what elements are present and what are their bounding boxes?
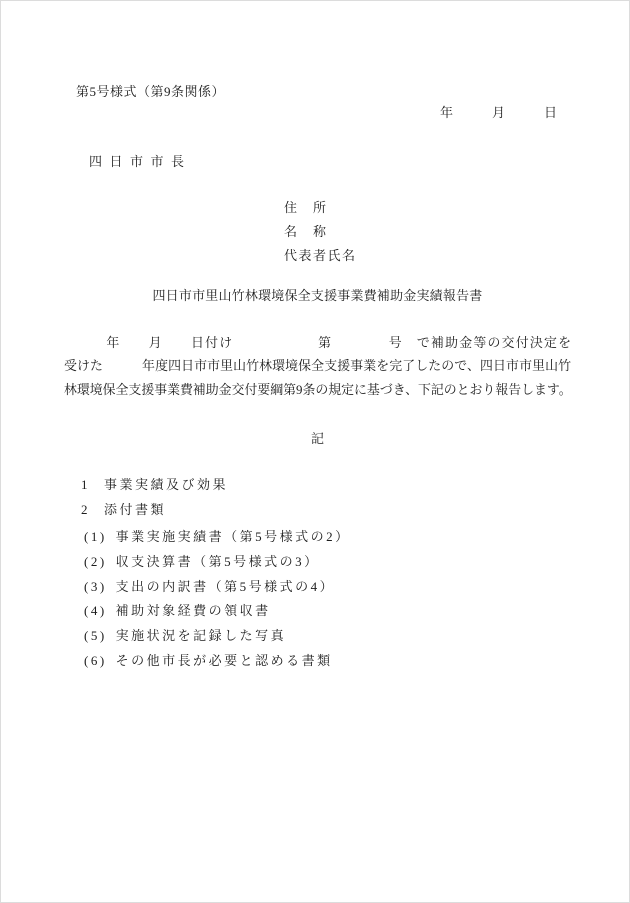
attachment-number: (5) [84,628,107,643]
body-paragraph-line-3: 林環境保全支援事業費補助金交付要綱第9条の規定に基づき、下記のとおり報告します。 [64,379,571,402]
document-page: 第5号様式（第9条関係） 年 月 日 四日市市長 住 所 名 称 代表者氏名 四… [0,0,630,903]
list-item: (4)補助対象経費の領収書 [64,599,584,624]
attachment-label: 補助対象経費の領収書 [116,603,271,618]
attachment-label: 収支決算書（第5号様式の3） [116,554,320,569]
attachment-number: (6) [84,653,107,668]
list-item: 2添付書類 [64,497,571,522]
section-label: 添付書類 [104,502,166,517]
applicant-block: 住 所 名 称 代表者氏名 [284,196,357,267]
body-paragraph-line-1: 年 月 日付け 第 号 で補助金等の交付決定を [64,332,571,355]
list-item: (3)支出の内訳書（第5号様式の4） [64,575,584,600]
list-item: (5)実施状況を記録した写真 [64,624,584,649]
attachment-number: (4) [84,603,107,618]
name-label: 名 称 [284,220,357,244]
addressee: 四日市市長 [89,155,192,168]
attachment-label: その他市長が必要と認める書類 [116,653,333,668]
date-line: 年 月 日 [440,106,557,119]
list-item: (6)その他市長が必要と認める書類 [64,649,584,674]
attachment-number: (2) [84,554,107,569]
section-number: 1 [81,472,90,497]
section-label: 事業実績及び効果 [104,477,228,492]
record-marker: 記 [64,432,571,445]
form-number: 第5号様式（第9条関係） [76,85,225,98]
representative-name-label: 代表者氏名 [284,244,357,268]
body-paragraph-line-2: 受けた 年度四日市市里山竹林環境保全支援事業を完了したので、四日市市里山竹 [64,355,571,378]
list-item: (2)収支決算書（第5号様式の3） [64,550,584,575]
attachment-label: 実施状況を記録した写真 [116,628,287,643]
section-number: 2 [81,497,90,522]
attachment-label: 事業実施実績書（第5号様式の2） [116,529,351,544]
attachment-number: (1) [84,529,107,544]
attachment-label: 支出の内訳書（第5号様式の4） [116,579,336,594]
section-list: 1事業実績及び効果 2添付書類 [64,472,571,522]
address-label: 住 所 [284,196,357,220]
attachment-list: (1)事業実施実績書（第5号様式の2） (2)収支決算書（第5号様式の3） (3… [64,525,584,674]
body-paragraph: 年 月 日付け 第 号 で補助金等の交付決定を 受けた 年度四日市市里山竹林環境… [64,332,571,402]
list-item: (1)事業実施実績書（第5号様式の2） [64,525,584,550]
list-item: 1事業実績及び効果 [64,472,571,497]
document-title: 四日市市里山竹林環境保全支援事業費補助金実績報告書 [64,289,571,302]
attachment-number: (3) [84,579,107,594]
